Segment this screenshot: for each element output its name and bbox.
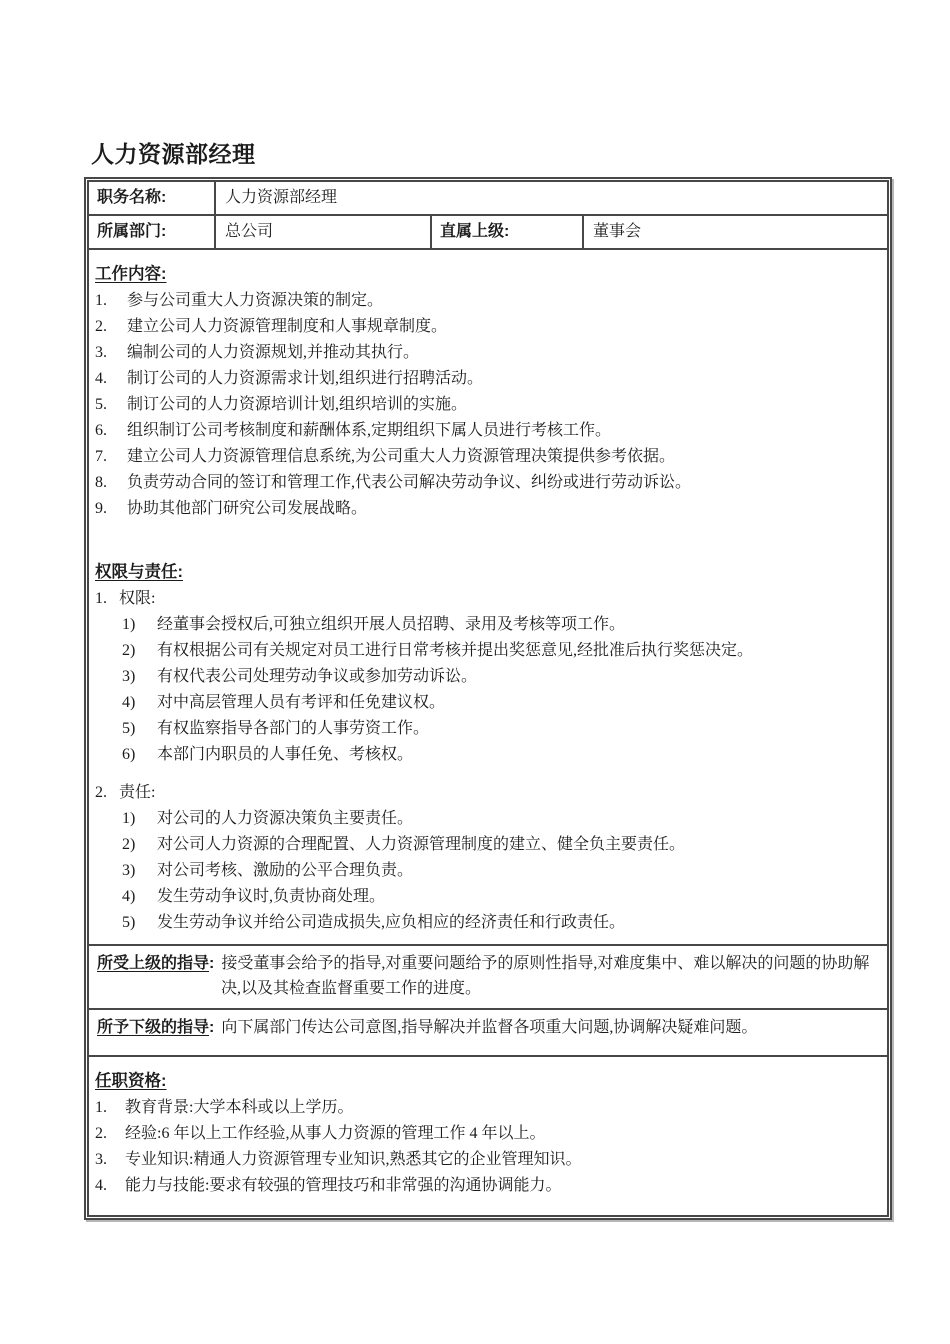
department-label: 所属部门: — [88, 215, 215, 249]
list-item-number: 8. — [95, 470, 127, 496]
department-value: 总公司 — [215, 215, 431, 249]
job-title-label: 职务名称: — [88, 181, 215, 215]
list-item-text: 权限: — [119, 586, 155, 612]
qualification-list-item: 1. 教育背景:大学本科或以上学历。 — [95, 1095, 881, 1121]
list-item-text: 有权监察指导各部门的人事劳资工作。 — [157, 716, 881, 742]
table-row: 工作内容: 1. 参与公司重大人力资源决策的制定。 2. 建立公司人力资源管理制… — [88, 249, 888, 945]
list-item-text: 责任: — [119, 780, 155, 806]
list-item-text: 教育背景:大学本科或以上学历。 — [125, 1095, 881, 1121]
list-item-number: 4) — [122, 884, 157, 910]
list-item-text: 对中高层管理人员有考评和任免建议权。 — [157, 690, 881, 716]
list-item-text: 建立公司人力资源管理信息系统,为公司重大人力资源管理决策提供参考依据。 — [127, 444, 881, 470]
list-item-text: 有权代表公司处理劳动争议或参加劳动诉讼。 — [157, 664, 881, 690]
page-title: 人力资源部经理 — [91, 141, 894, 168]
rights-list-item: 4) 对中高层管理人员有考评和任免建议权。 — [122, 690, 881, 716]
work-list-item: 4. 制订公司的人力资源需求计划,组织进行招聘活动。 — [95, 366, 881, 392]
list-item-text: 发生劳动争议并给公司造成损失,应负相应的经济责任和行政责任。 — [157, 910, 881, 936]
responsibility-list-item: 5) 发生劳动争议并给公司造成损失,应负相应的经济责任和行政责任。 — [122, 910, 881, 936]
rights-list-item: 5) 有权监察指导各部门的人事劳资工作。 — [122, 716, 881, 742]
rights-list-item: 3) 有权代表公司处理劳动争议或参加劳动诉讼。 — [122, 664, 881, 690]
table-row: 职务名称: 人力资源部经理 — [88, 181, 888, 215]
guidance-received-text: 接受董事会给予的指导,对重要问题给予的原则性指导,对难度集中、难以解决的问题的协… — [221, 955, 869, 997]
authority-subheading: 1. 权限: — [95, 586, 881, 612]
qualification-list-item: 2. 经验:6 年以上工作经验,从事人力资源的管理工作 4 年以上。 — [95, 1121, 881, 1147]
responsibility-list: 1) 对公司的人力资源决策负主要责任。 2) 对公司人力资源的合理配置、人力资源… — [122, 806, 881, 936]
table-row: 任职资格: 1. 教育背景:大学本科或以上学历。 2. 经验:6 年以上工作经验… — [88, 1056, 888, 1216]
responsibility-list-item: 2) 对公司人力资源的合理配置、人力资源管理制度的建立、健全负主要责任。 — [122, 832, 881, 858]
list-item-number: 6) — [122, 742, 157, 768]
guidance-received-label: 所受上级的指导: — [97, 955, 214, 972]
list-item-number: 3. — [95, 1147, 125, 1173]
list-item-number: 2. — [95, 314, 127, 340]
work-list: 1. 参与公司重大人力资源决策的制定。 2. 建立公司人力资源管理制度和人事规章… — [95, 288, 881, 522]
guidance-given-cell: 所予下级的指导:向下属部门传达公司意图,指导解决并监督各项重大问题,协调解决疑难… — [88, 1009, 888, 1056]
main-content-cell: 工作内容: 1. 参与公司重大人力资源决策的制定。 2. 建立公司人力资源管理制… — [88, 249, 888, 945]
job-description-table: 职务名称: 人力资源部经理 所属部门: 总公司 直属上级: 董事会 工作内容: … — [84, 177, 892, 1220]
table-row: 所予下级的指导:向下属部门传达公司意图,指导解决并监督各项重大问题,协调解决疑难… — [88, 1009, 888, 1056]
responsibility-list-item: 3) 对公司考核、激励的公平合理负责。 — [122, 858, 881, 884]
list-item-text: 经验:6 年以上工作经验,从事人力资源的管理工作 4 年以上。 — [125, 1121, 881, 1147]
list-item-text: 负责劳动合同的签订和管理工作,代表公司解决劳动争议、纠纷或进行劳动诉讼。 — [127, 470, 881, 496]
section-spacer — [95, 768, 881, 780]
rights-list-item: 6) 本部门内职员的人事任免、考核权。 — [122, 742, 881, 768]
list-item-text: 对公司的人力资源决策负主要责任。 — [157, 806, 881, 832]
work-list-item: 6. 组织制订公司考核制度和薪酬体系,定期组织下属人员进行考核工作。 — [95, 418, 881, 444]
list-item-number: 5) — [122, 910, 157, 936]
work-list-item: 2. 建立公司人力资源管理制度和人事规章制度。 — [95, 314, 881, 340]
list-item-text: 专业知识:精通人力资源管理专业知识,熟悉其它的企业管理知识。 — [125, 1147, 881, 1173]
responsibility-list-item: 1) 对公司的人力资源决策负主要责任。 — [122, 806, 881, 832]
list-item-number: 4. — [95, 1173, 125, 1199]
supervisor-value: 董事会 — [583, 215, 888, 249]
work-list-item: 9. 协助其他部门研究公司发展战略。 — [95, 496, 881, 522]
list-item-text: 本部门内职员的人事任免、考核权。 — [157, 742, 881, 768]
list-item-text: 发生劳动争议时,负责协商处理。 — [157, 884, 881, 910]
list-item-number: 1. — [95, 586, 119, 612]
qualifications-cell: 任职资格: 1. 教育背景:大学本科或以上学历。 2. 经验:6 年以上工作经验… — [88, 1056, 888, 1216]
qualification-list-item: 4. 能力与技能:要求有较强的管理技巧和非常强的沟通协调能力。 — [95, 1173, 881, 1199]
responsibility-list-item: 4) 发生劳动争议时,负责协商处理。 — [122, 884, 881, 910]
qualifications-heading: 任职资格: — [95, 1067, 881, 1095]
list-item-number: 4) — [122, 690, 157, 716]
work-list-item: 7. 建立公司人力资源管理信息系统,为公司重大人力资源管理决策提供参考依据。 — [95, 444, 881, 470]
list-item-number: 2. — [95, 1121, 125, 1147]
rights-list-item: 2) 有权根据公司有关规定对员工进行日常考核并提出奖惩意见,经批准后执行奖惩决定… — [122, 638, 881, 664]
list-item-number: 5) — [122, 716, 157, 742]
list-item-text: 能力与技能:要求有较强的管理技巧和非常强的沟通协调能力。 — [125, 1173, 881, 1199]
authority-rights-list: 1) 经董事会授权后,可独立组织开展人员招聘、录用及考核等项工作。 2) 有权根… — [122, 612, 881, 768]
list-item-number: 5. — [95, 392, 127, 418]
list-item-number: 2. — [95, 780, 119, 806]
list-item-text: 参与公司重大人力资源决策的制定。 — [127, 288, 881, 314]
list-item-text: 经董事会授权后,可独立组织开展人员招聘、录用及考核等项工作。 — [157, 612, 881, 638]
guidance-received-cell: 所受上级的指导:接受董事会给予的指导,对重要问题给予的原则性指导,对难度集中、难… — [88, 945, 888, 1009]
list-item-number: 4. — [95, 366, 127, 392]
work-list-item: 5. 制订公司的人力资源培训计划,组织培训的实施。 — [95, 392, 881, 418]
list-item-number: 7. — [95, 444, 127, 470]
list-item-number: 2) — [122, 638, 157, 664]
list-item-number: 1. — [95, 1095, 125, 1121]
list-item-number: 1. — [95, 288, 127, 314]
table-row: 所受上级的指导:接受董事会给予的指导,对重要问题给予的原则性指导,对难度集中、难… — [88, 945, 888, 1009]
authority-section-heading: 权限与责任: — [95, 558, 881, 586]
list-item-text: 制订公司的人力资源培训计划,组织培训的实施。 — [127, 392, 881, 418]
work-list-item: 8. 负责劳动合同的签订和管理工作,代表公司解决劳动争议、纠纷或进行劳动诉讼。 — [95, 470, 881, 496]
list-item-text: 建立公司人力资源管理制度和人事规章制度。 — [127, 314, 881, 340]
list-item-number: 6. — [95, 418, 127, 444]
responsibility-subheading: 2. 责任: — [95, 780, 881, 806]
list-item-number: 1) — [122, 612, 157, 638]
list-item-number: 2) — [122, 832, 157, 858]
guidance-given-text: 向下属部门传达公司意图,指导解决并监督各项重大问题,协调解决疑难问题。 — [221, 1019, 757, 1036]
list-item-text: 协助其他部门研究公司发展战略。 — [127, 496, 881, 522]
list-item-text: 有权根据公司有关规定对员工进行日常考核并提出奖惩意见,经批准后执行奖惩决定。 — [157, 638, 881, 664]
list-item-text: 组织制订公司考核制度和薪酬体系,定期组织下属人员进行考核工作。 — [127, 418, 881, 444]
document-page: 人力资源部经理 职务名称: 人力资源部经理 所属部门: 总公司 直属上级: 董事… — [0, 0, 950, 1220]
rights-list-item: 1) 经董事会授权后,可独立组织开展人员招聘、录用及考核等项工作。 — [122, 612, 881, 638]
qualification-list-item: 3. 专业知识:精通人力资源管理专业知识,熟悉其它的企业管理知识。 — [95, 1147, 881, 1173]
job-title-value: 人力资源部经理 — [215, 181, 888, 215]
list-item-number: 9. — [95, 496, 127, 522]
work-list-item: 1. 参与公司重大人力资源决策的制定。 — [95, 288, 881, 314]
list-item-text: 对公司人力资源的合理配置、人力资源管理制度的建立、健全负主要责任。 — [157, 832, 881, 858]
list-item-text: 编制公司的人力资源规划,并推动其执行。 — [127, 340, 881, 366]
list-item-number: 3) — [122, 664, 157, 690]
supervisor-label: 直属上级: — [431, 215, 583, 249]
table-row: 所属部门: 总公司 直属上级: 董事会 — [88, 215, 888, 249]
work-section-heading: 工作内容: — [95, 260, 881, 288]
guidance-given-label: 所予下级的指导: — [97, 1019, 214, 1036]
list-item-text: 对公司考核、激励的公平合理负责。 — [157, 858, 881, 884]
list-item-number: 1) — [122, 806, 157, 832]
list-item-number: 3. — [95, 340, 127, 366]
list-item-number: 3) — [122, 858, 157, 884]
section-spacer — [95, 522, 881, 558]
qualifications-list: 1. 教育背景:大学本科或以上学历。 2. 经验:6 年以上工作经验,从事人力资… — [95, 1095, 881, 1199]
work-list-item: 3. 编制公司的人力资源规划,并推动其执行。 — [95, 340, 881, 366]
list-item-text: 制订公司的人力资源需求计划,组织进行招聘活动。 — [127, 366, 881, 392]
